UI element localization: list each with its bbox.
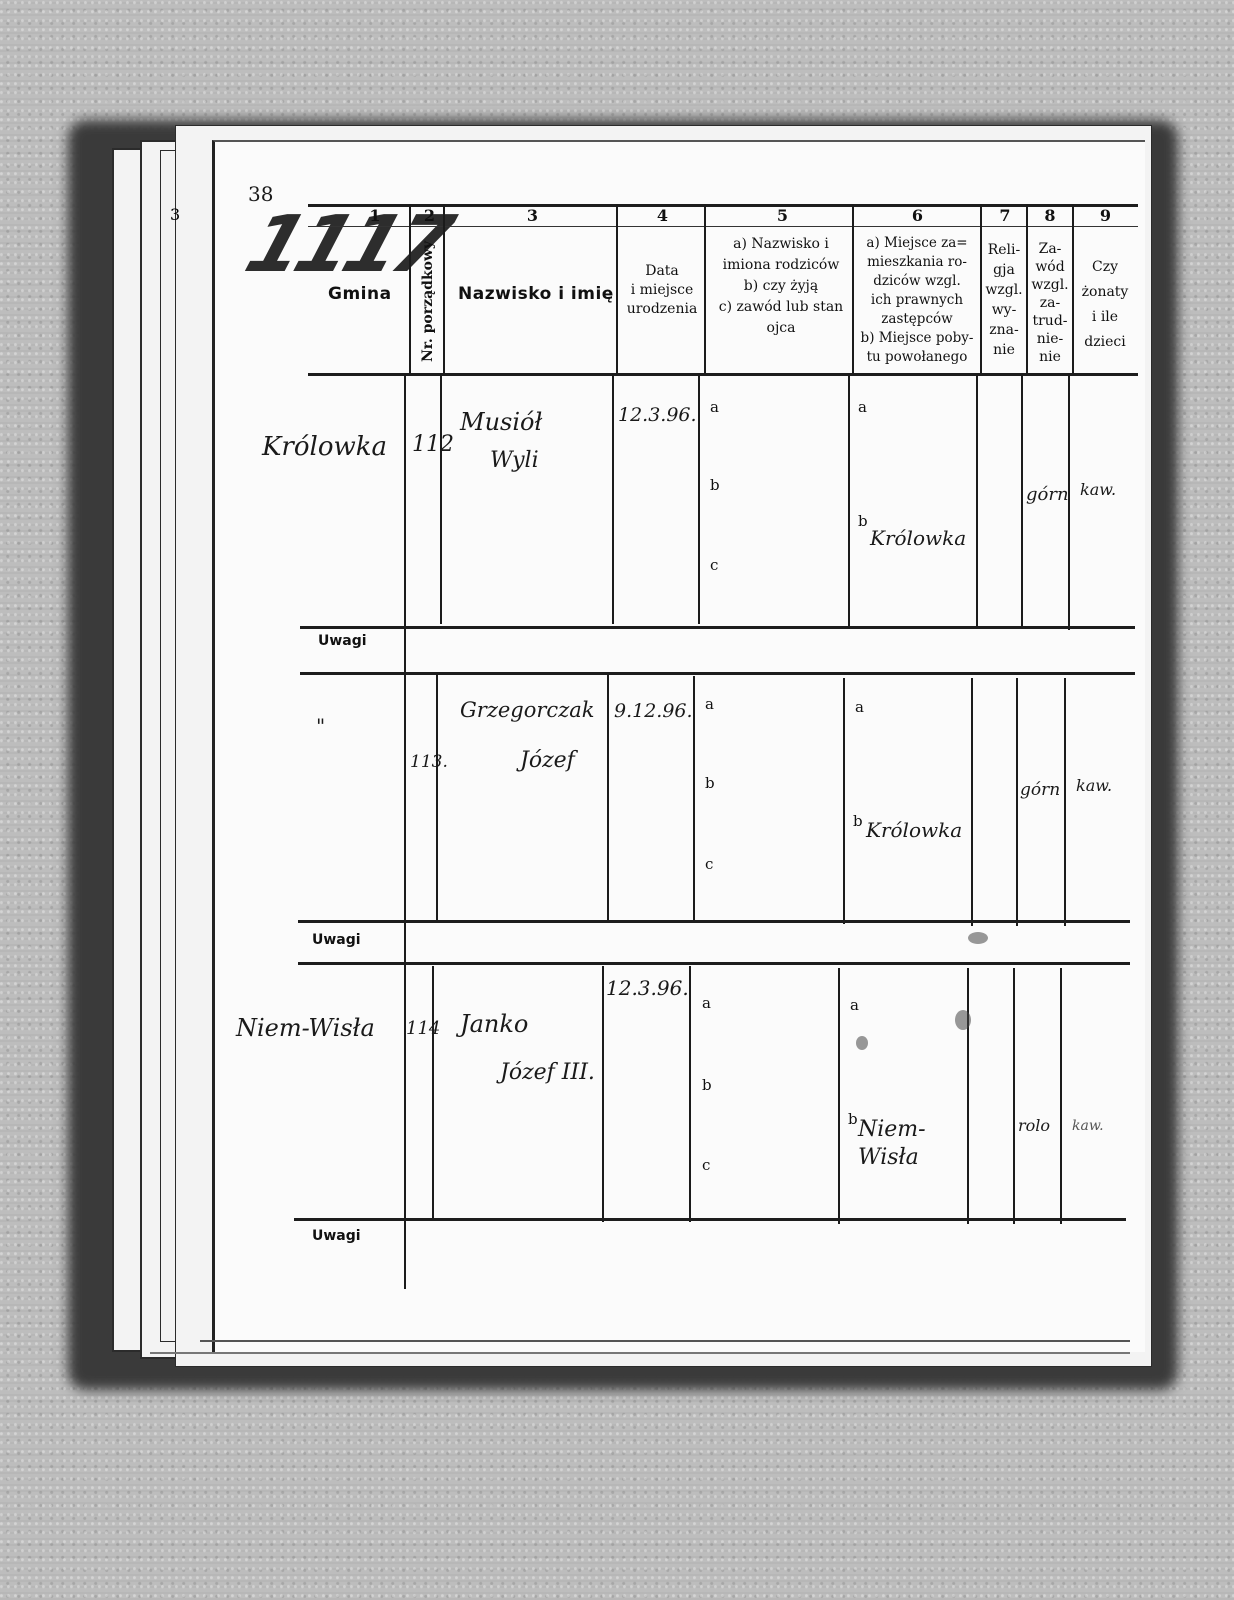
column-divider	[698, 374, 700, 624]
column-divider	[967, 968, 969, 1224]
column-divider	[443, 204, 445, 374]
residence-sub-b: b	[848, 1110, 858, 1128]
column-divider	[848, 374, 850, 626]
column-divider	[1026, 204, 1028, 374]
residence-sub-b: b	[858, 512, 868, 530]
entry-birth-date: 12.3.96.	[606, 976, 689, 1000]
entry-nr: 114	[406, 1018, 440, 1039]
entry-married: kaw.	[1072, 1118, 1104, 1134]
column-divider	[689, 966, 691, 1222]
column-divider	[976, 374, 978, 628]
ink-blot	[856, 1036, 868, 1050]
stack-bottom-edge	[150, 1352, 1130, 1354]
column-divider	[693, 676, 695, 922]
entry-surname: Musiół	[460, 408, 542, 436]
column-divider	[440, 374, 442, 624]
column-divider	[843, 678, 845, 924]
column-header-gmina: Gmina	[328, 284, 392, 304]
column-divider	[616, 204, 618, 374]
entry-surname: Grzegorczak	[460, 698, 595, 722]
column-divider	[1021, 374, 1023, 628]
entry-residence-b: Królowka	[866, 818, 962, 842]
entry-birth-date: 12.3.96.	[618, 404, 697, 426]
column-divider	[1060, 968, 1062, 1224]
residence-sub-b: b	[853, 812, 863, 830]
column-number-2: 2	[412, 206, 447, 225]
remarks-label: Uwagi	[312, 932, 361, 948]
ink-blot	[968, 932, 988, 944]
remarks-bottom-rule	[300, 672, 1135, 675]
column-header-married: Czy żonaty i ile dzieci	[1075, 255, 1135, 355]
column-divider	[980, 204, 982, 374]
residence-sub-a: a	[850, 996, 859, 1014]
residence-sub-a: a	[858, 398, 867, 416]
residence-sub-a: a	[855, 698, 864, 716]
entry-nr: 113.	[410, 752, 448, 772]
entry-gmina: Niem-Wisła	[236, 1014, 375, 1042]
column-header-name: Nazwisko i imię	[458, 284, 614, 304]
column-number-9: 9	[1078, 206, 1133, 225]
entry-residence-b: Królowka	[870, 526, 966, 550]
column-header-nr: Nr. porządkowy	[420, 241, 436, 362]
column-divider	[1016, 678, 1018, 926]
column-number-1: 1	[355, 206, 395, 225]
entry-gmina: Królowka	[262, 432, 387, 462]
parents-sub-c: c	[705, 855, 713, 873]
entry-gmina: "	[316, 714, 325, 738]
parents-sub-c: c	[710, 556, 718, 574]
column-divider	[612, 374, 614, 624]
header-number-rule	[308, 226, 1138, 227]
column-divider	[1072, 204, 1074, 374]
remarks-top-rule	[300, 626, 1135, 629]
column-divider	[852, 204, 854, 374]
entry-married: kaw.	[1080, 480, 1116, 499]
parents-sub-a: a	[705, 695, 714, 713]
column-divider	[607, 674, 609, 922]
parents-sub-c: c	[702, 1156, 710, 1174]
column-divider	[432, 966, 434, 1220]
column-divider	[704, 204, 706, 374]
stack-mark: 3	[170, 205, 180, 224]
entry-given-name: Józef III.	[500, 1060, 595, 1085]
entry-occupation: rolo	[1018, 1116, 1050, 1135]
parents-sub-b: b	[710, 476, 720, 494]
column-number-6: 6	[855, 206, 980, 225]
column-header-religion: Reli- gja wzgl. wy- zna- nie	[982, 240, 1026, 360]
column-divider	[602, 966, 604, 1222]
column-header-parents: a) Nazwisko i imiona rodziców b) czy żyj…	[706, 234, 856, 339]
column-divider	[409, 204, 411, 374]
remarks-top-rule	[298, 920, 1130, 923]
gmina-divider	[404, 374, 406, 1289]
column-divider	[838, 968, 840, 1224]
column-divider	[1013, 968, 1015, 1224]
column-number-5: 5	[710, 206, 855, 225]
header-bottom-rule	[308, 373, 1138, 376]
column-header-birth: Data i miejsce urodzenia	[618, 262, 706, 319]
parents-sub-a: a	[710, 398, 719, 416]
remarks-label: Uwagi	[312, 1228, 361, 1244]
remarks-top-rule	[294, 1218, 1126, 1221]
ink-blot	[955, 1010, 971, 1030]
remarks-bottom-rule	[298, 962, 1130, 965]
page-bottom-edge	[200, 1340, 1130, 1342]
entry-occupation: górn	[1020, 780, 1060, 800]
column-divider	[436, 674, 438, 922]
entry-occupation: górn	[1026, 484, 1069, 505]
column-number-8: 8	[1030, 206, 1070, 225]
parents-sub-b: b	[705, 774, 715, 792]
entry-nr: 112	[412, 432, 454, 457]
remarks-label: Uwagi	[318, 633, 367, 649]
parents-sub-b: b	[702, 1076, 712, 1094]
parents-sub-a: a	[702, 994, 711, 1012]
entry-given-name: Wyli	[490, 448, 539, 473]
column-number-3: 3	[450, 206, 615, 225]
entry-given-name: Józef	[520, 748, 575, 773]
column-divider	[1064, 678, 1066, 926]
column-number-4: 4	[620, 206, 705, 225]
entry-married: kaw.	[1076, 776, 1112, 795]
column-number-7: 7	[985, 206, 1025, 225]
entry-surname: Janko	[460, 1010, 528, 1038]
column-header-occupation: Za- wód wzgl. za- trud- nie- nie	[1027, 240, 1073, 366]
column-header-residence: a) Miejsce za= mieszkania ro- dziców wzg…	[853, 234, 981, 367]
entry-residence-b: Niem-Wisła	[858, 1116, 948, 1172]
column-divider	[971, 678, 973, 926]
entry-birth-date: 9.12.96.	[614, 700, 693, 722]
